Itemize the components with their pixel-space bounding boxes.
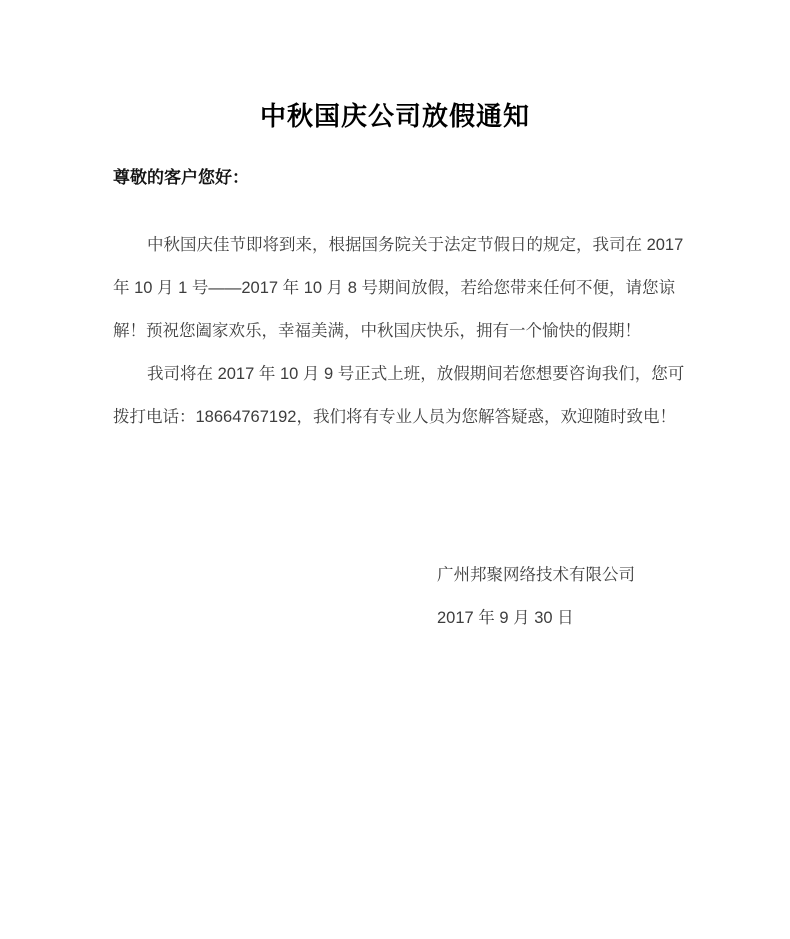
paragraph2-line2: 拨打电话：18664767192，我们将有专业人员为您解答疑惑，欢迎随时致电！ xyxy=(113,396,681,439)
paragraph2-line1: 我司将在 2017 年 10 月 9 号正式上班，放假期间若您想要咨询我们，您可 xyxy=(113,353,681,396)
paragraph1-line3: 解！预祝您阖家欢乐，幸福美满，中秋国庆快乐，拥有一个愉快的假期！ xyxy=(113,310,681,353)
signature-date: 2017 年 9 月 30 日 xyxy=(437,597,635,640)
document-page: 中秋国庆公司放假通知 尊敬的客户您好： 中秋国庆佳节即将到来，根据国务院关于法定… xyxy=(0,0,790,939)
signature-block: 广州邦聚网络技术有限公司 2017 年 9 月 30 日 xyxy=(437,554,635,640)
paragraph1-line2: 年 10 月 1 号——2017 年 10 月 8 号期间放假，若给您带来任何不… xyxy=(113,267,681,310)
document-title: 中秋国庆公司放假通知 xyxy=(0,98,790,134)
signature-company-name: 广州邦聚网络技术有限公司 xyxy=(437,554,635,597)
document-body: 中秋国庆佳节即将到来，根据国务院关于法定节假日的规定，我司在 2017 年 10… xyxy=(113,224,681,439)
paragraph1-line1: 中秋国庆佳节即将到来，根据国务院关于法定节假日的规定，我司在 2017 xyxy=(113,224,681,267)
salutation: 尊敬的客户您好： xyxy=(113,165,249,190)
